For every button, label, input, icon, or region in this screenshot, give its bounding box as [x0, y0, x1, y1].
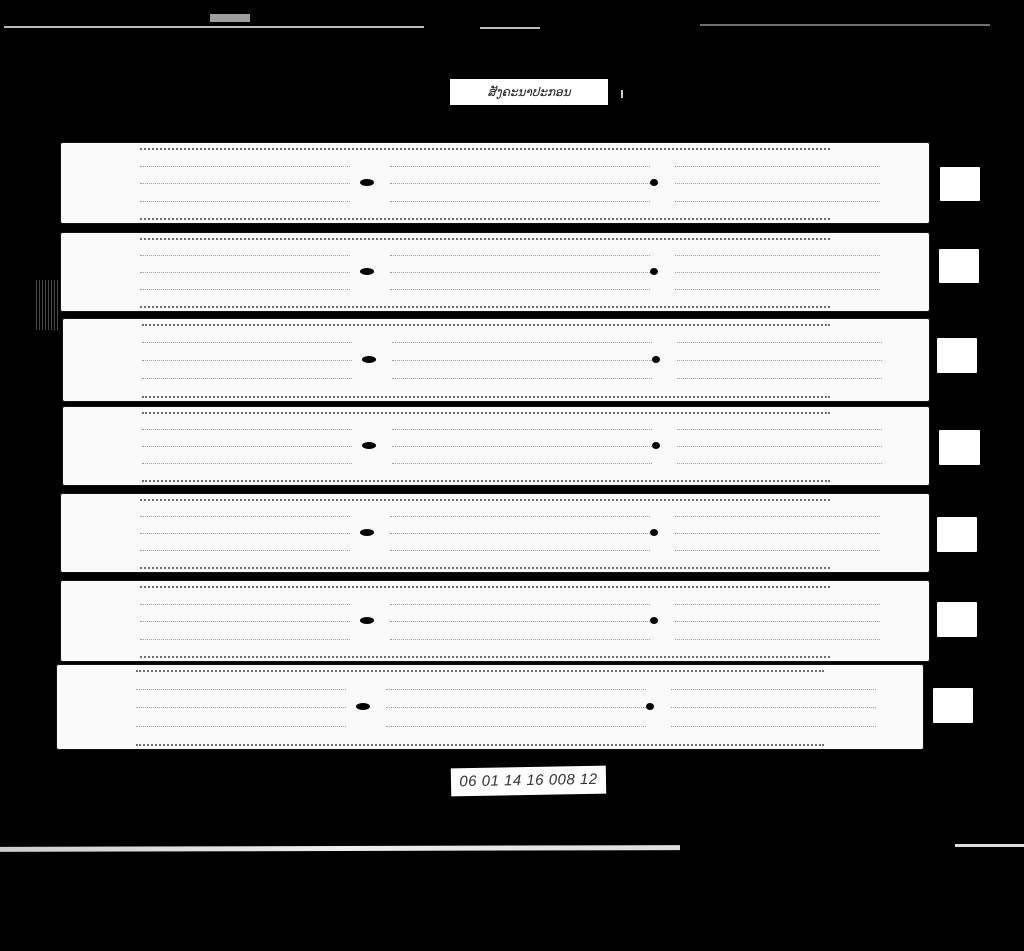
script-line [140, 218, 830, 224]
frame-marker-tab [939, 430, 980, 465]
script-line [142, 360, 352, 366]
script-line [671, 726, 876, 732]
script-line [390, 183, 650, 189]
string-hole [360, 268, 374, 275]
scan-bottom-edge [0, 845, 680, 852]
script-line [675, 533, 880, 539]
script-line [390, 516, 650, 522]
script-line [392, 446, 652, 452]
script-line [390, 604, 650, 610]
scan-bottom-edge-right [955, 844, 1024, 847]
script-line [140, 567, 830, 573]
frame-marker-tab [933, 688, 973, 723]
string-hole [360, 529, 374, 536]
script-line [392, 463, 652, 469]
script-line [675, 183, 880, 189]
script-line [671, 689, 876, 695]
script-line [140, 499, 830, 506]
script-line [677, 429, 882, 435]
script-line [136, 689, 346, 695]
script-line [386, 707, 646, 713]
script-line [675, 289, 880, 295]
frame-marker-tab [940, 167, 980, 201]
script-line [675, 639, 880, 645]
manuscript-title-label: ສັງຄະນາປະກອນ [450, 79, 608, 105]
script-line [142, 412, 830, 419]
script-line [142, 396, 830, 402]
script-line [390, 621, 650, 627]
script-line [675, 550, 880, 556]
script-line [675, 255, 880, 261]
script-line [142, 463, 352, 469]
script-line [136, 670, 824, 677]
script-line [140, 621, 350, 627]
script-line [390, 166, 650, 172]
script-line [140, 533, 350, 539]
script-line [390, 550, 650, 556]
script-line [140, 166, 350, 172]
string-hole [360, 617, 374, 624]
palm-leaf [60, 142, 930, 224]
script-line [392, 360, 652, 366]
script-line [390, 255, 650, 261]
palm-leaf [56, 664, 924, 750]
frame-marker-tab [937, 602, 977, 637]
script-line [390, 639, 650, 645]
palm-leaf [60, 580, 930, 662]
string-hole [650, 617, 658, 624]
script-line [140, 201, 350, 207]
script-line [677, 446, 882, 452]
script-line [142, 429, 352, 435]
frame-marker-tab [939, 249, 979, 283]
script-line [140, 272, 350, 278]
script-line [392, 378, 652, 384]
script-line [136, 707, 346, 713]
script-line [675, 166, 880, 172]
script-line [142, 480, 830, 486]
string-hole [650, 268, 658, 275]
palm-leaf [60, 493, 930, 573]
script-line [140, 183, 350, 189]
script-line [140, 255, 350, 261]
script-line [390, 533, 650, 539]
script-line [136, 726, 346, 732]
script-line [675, 201, 880, 207]
string-hole [646, 703, 654, 710]
script-line [140, 238, 830, 245]
script-line [136, 744, 824, 750]
script-line [392, 342, 652, 348]
script-line [675, 272, 880, 278]
script-line [675, 516, 880, 522]
script-line [142, 378, 352, 384]
script-line [140, 586, 830, 593]
script-line [140, 148, 830, 155]
script-line [390, 201, 650, 207]
palm-leaf [62, 406, 930, 486]
script-line [390, 272, 650, 278]
script-line [677, 342, 882, 348]
palm-leaf [62, 318, 930, 402]
scan-artifact [36, 280, 60, 330]
script-line [140, 289, 350, 295]
script-line [142, 324, 830, 331]
string-hole [356, 703, 370, 710]
script-line [140, 516, 350, 522]
frame-marker-tab [937, 338, 977, 373]
script-line [675, 604, 880, 610]
script-line [390, 289, 650, 295]
script-line [675, 621, 880, 627]
string-hole [362, 442, 376, 449]
script-line [392, 429, 652, 435]
string-hole [650, 529, 658, 536]
script-line [386, 726, 646, 732]
marker-tick [621, 90, 623, 98]
script-line [677, 360, 882, 366]
reel-number-label: 06 01 14 16 008 12 [451, 766, 606, 797]
script-line [671, 707, 876, 713]
script-line [140, 656, 830, 662]
script-line [142, 446, 352, 452]
script-line [386, 689, 646, 695]
script-line [140, 306, 830, 312]
frame-marker-tab [937, 517, 977, 552]
palm-leaf [60, 232, 930, 312]
script-line [677, 463, 882, 469]
script-line [142, 342, 352, 348]
string-hole [650, 179, 658, 186]
script-line [140, 550, 350, 556]
string-hole [652, 356, 660, 363]
string-hole [652, 442, 660, 449]
script-line [140, 604, 350, 610]
script-line [677, 378, 882, 384]
string-hole [362, 356, 376, 363]
string-hole [360, 179, 374, 186]
script-line [140, 639, 350, 645]
